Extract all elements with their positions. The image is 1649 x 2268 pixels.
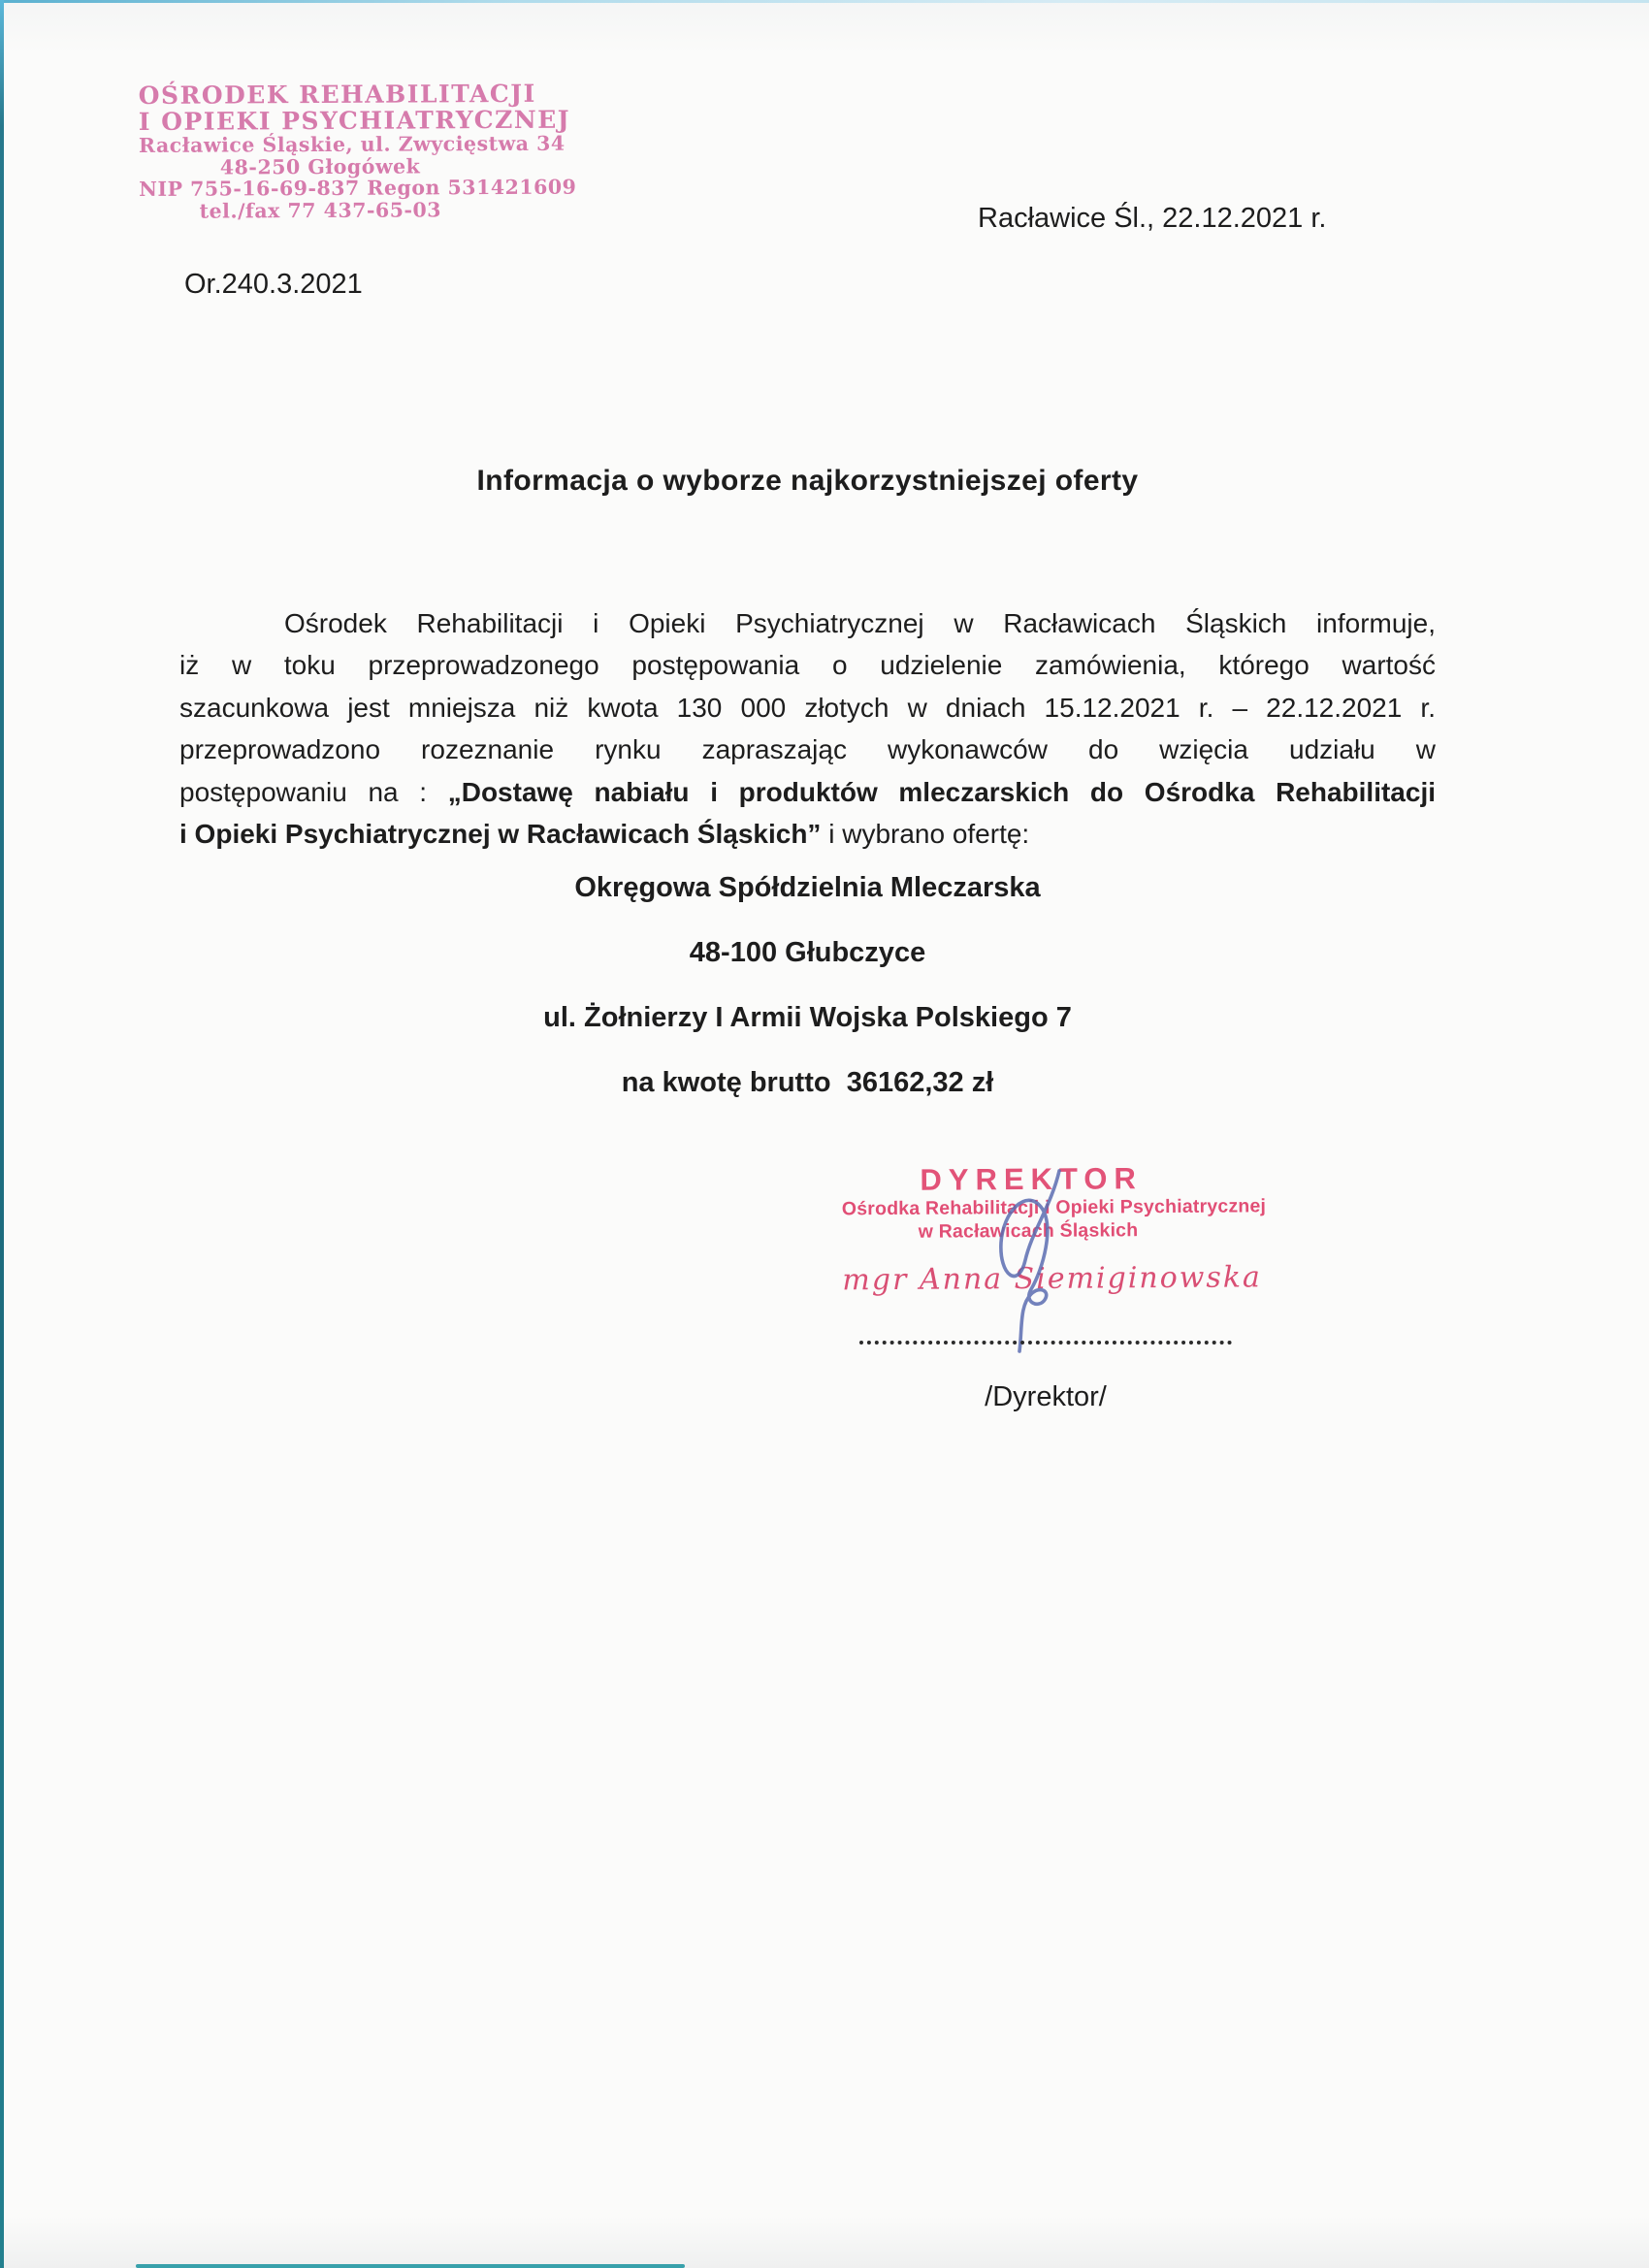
body-line: iż w toku przeprowadzonego postępowania …: [179, 644, 1436, 686]
institution-stamp: OŚRODEK REHABILITACJI I OPIEKI PSYCHIATR…: [139, 81, 502, 222]
reference-number: Or.240.3.2021: [184, 269, 363, 301]
document-title: Informacja o wyborze najkorzystniejszej …: [179, 465, 1436, 498]
offer-supplier-street: ul. Żołnierzy I Armii Wojska Polskiego 7: [179, 996, 1436, 1039]
scan-edge-bottom: [136, 2264, 685, 2268]
body-line: Ośrodek Rehabilitacji i Opieki Psychiatr…: [179, 602, 1436, 644]
document-page: OŚRODEK REHABILITACJI I OPIEKI PSYCHIATR…: [0, 0, 1649, 2268]
body-paragraph: Ośrodek Rehabilitacji i Opieki Psychiatr…: [179, 602, 1436, 855]
scan-edge-left: [0, 0, 4, 2268]
signature-dotted-line: [859, 1341, 1232, 1345]
body-line: postępowaniu na : „Dostawę nabiału i pro…: [179, 771, 1436, 813]
stamp-line: tel./fax 77 437-65-03: [139, 199, 501, 222]
stamp-line: I OPIEKI PSYCHIATRYCZNEJ: [139, 107, 501, 135]
director-role-label: /Dyrektor/: [859, 1381, 1232, 1413]
selected-offer-block: Okręgowa Spółdzielnia Mleczarska 48-100 …: [179, 866, 1436, 1126]
stamp-line: 48-250 Głogówek: [139, 155, 501, 178]
offer-gross-amount: na kwotę brutto 36162,32 zł: [179, 1061, 1436, 1104]
body-line: przeprowadzono rozeznanie rynku zaprasza…: [179, 729, 1436, 770]
scan-edge-top: [0, 0, 1649, 3]
offer-supplier-city: 48-100 Głubczyce: [179, 931, 1436, 974]
offer-supplier-name: Okręgowa Spółdzielnia Mleczarska: [179, 866, 1436, 909]
stamp-line: OŚRODEK REHABILITACJI: [139, 81, 501, 109]
body-line: szacunkowa jest mniejsza niż kwota 130 0…: [179, 687, 1436, 729]
stamp-line: NIP 755-16-69-837 Regon 531421609: [139, 177, 501, 200]
handwritten-signature-ink: [972, 1161, 1081, 1355]
stamp-line: Racławice Śląskie, ul. Zwycięstwa 34: [139, 133, 501, 156]
place-and-date: Racławice Śl., 22.12.2021 r.: [978, 203, 1326, 235]
body-line: i Opieki Psychiatrycznej w Racławicach Ś…: [179, 813, 1436, 855]
